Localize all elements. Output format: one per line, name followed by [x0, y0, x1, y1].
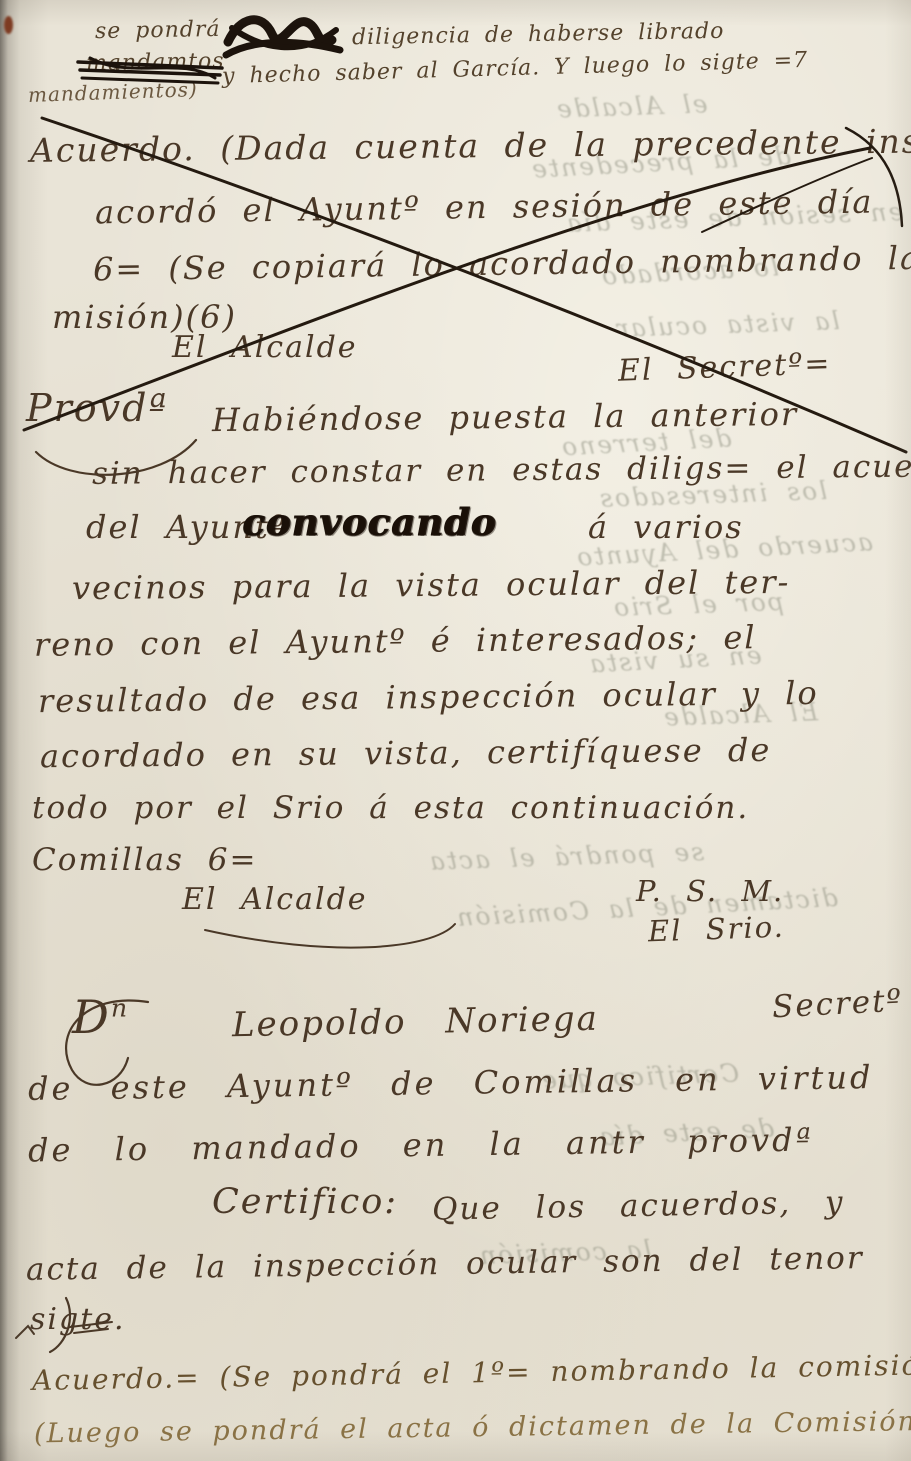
providencia-overwritten-word: convocando [242, 500, 496, 544]
manuscript-page: el Alcalde de la precedente en sesión de… [0, 0, 911, 1461]
providencia-line7: acordado en su vista, certifíquese de [40, 731, 772, 775]
certificacion-line3: de lo mandado en la antr provdª [28, 1121, 814, 1170]
providencia-line1: Habiéndose puesta la anterior [212, 395, 799, 439]
certificacion-line2: de este Ayuntº de Comillas en virtud [28, 1058, 874, 1108]
acuerdo1-signature-secretario: El Secretº= [617, 346, 832, 388]
providencia-signature-psm: P. S. M. [636, 874, 784, 908]
providencia-dateline: Comillas 6= [32, 842, 257, 878]
marginal-note-line1-start: se pondrá [95, 17, 221, 44]
bleedthrough-text: la vista ocular [615, 306, 841, 343]
ink-blot-scribble [232, 28, 336, 47]
providencia-line8: todo por el Srio á esta continuación. [32, 790, 749, 826]
acuerdo1-signature-alcalde: El Alcalde [172, 330, 358, 365]
acuerdo2-line2: (Luego se pondrá el acta ó dictamen de l… [34, 1406, 911, 1450]
marginal-note-mandamientos: mandamientos) [28, 77, 198, 107]
bleedthrough-text: se pondrá el acta [428, 837, 705, 876]
certifico-line2: acta de la inspección ocular son del ten… [26, 1240, 864, 1288]
marginal-note-struck-word: mandamtos [86, 49, 225, 76]
ink-blot-scribble [228, 20, 332, 43]
certificacion-initial: Dn [72, 990, 129, 1044]
providencia-signature-alcalde: El Alcalde [182, 882, 368, 917]
providencia-line3-end: á varios [588, 508, 744, 546]
ink-stain [4, 16, 13, 34]
providencia-line4: vecinos para la vista ocular del ter- [72, 563, 791, 607]
ink-blot-scribble [226, 42, 340, 55]
providencia-line2: sin hacer constar en estas diligs= el ac… [92, 448, 911, 492]
certifico-line1: Que los acuerdos, y [432, 1184, 845, 1227]
providencia-signature-srio: El Srio. [647, 910, 785, 949]
initial-superscript: n [111, 994, 129, 1023]
acuerdo1-line3: 6= (Se copiará lo acordado nombrando la … [93, 238, 911, 289]
marginal-note-line2-rest: y hecho saber al García. Y luego lo sigt… [222, 48, 809, 89]
alcalde-signature-swash [205, 924, 455, 948]
marginal-note-line1-rest: diligencia de haberse librado [352, 19, 725, 50]
providencia-label: Provdª [26, 386, 168, 430]
certifico-line3: sigte. [30, 1302, 126, 1337]
certificacion-name: Leopoldo Noriega [232, 999, 599, 1045]
acuerdo2-line1: Acuerdo.= (Se pondrá el 1º= nombrando la… [32, 1348, 911, 1397]
certificacion-title: Secretº [771, 983, 904, 1026]
providencia-line5: reno con el Ayuntº é interesados; el [34, 618, 757, 664]
initial-letter: D [72, 990, 111, 1044]
certifico-label: Certifico: [212, 1182, 398, 1222]
bleedthrough-text: el Alcalde [555, 89, 708, 123]
